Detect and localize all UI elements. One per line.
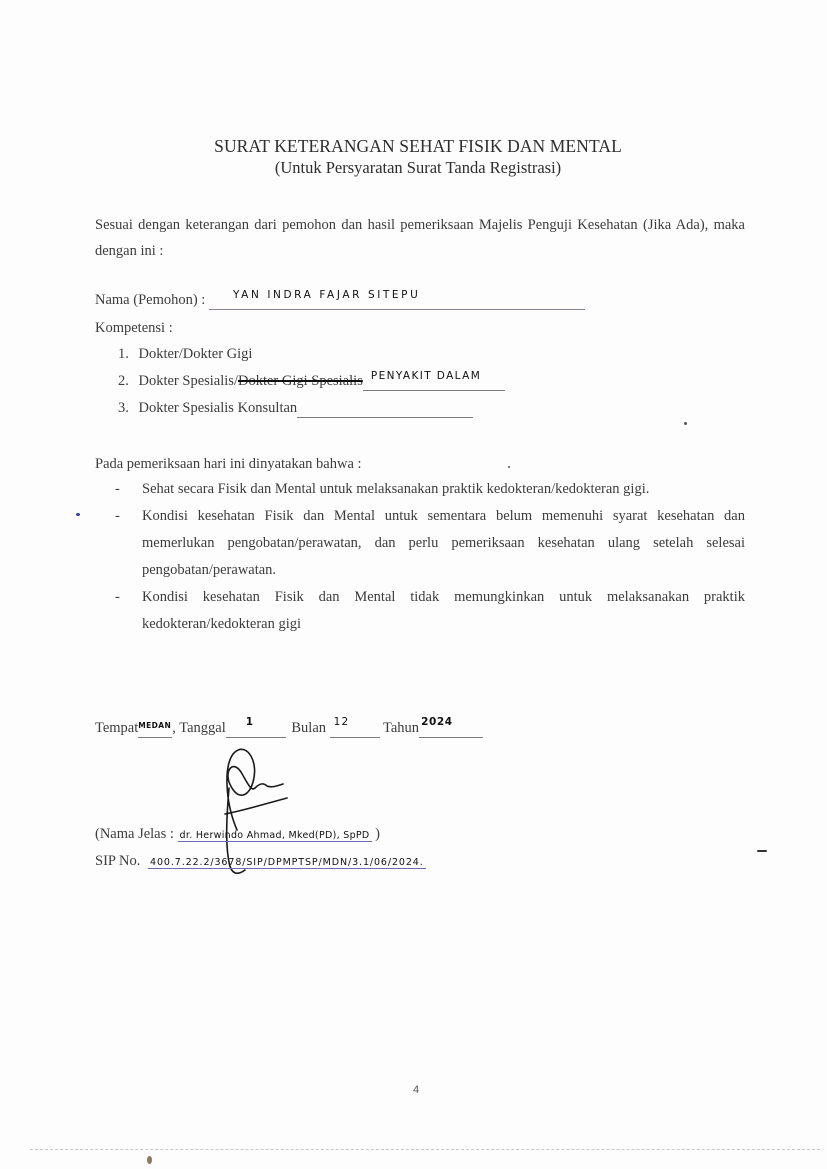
year-value: 2024: [421, 716, 453, 728]
applicant-value: YAN INDRA FAJAR SITEPU: [233, 289, 420, 301]
day-label: , Tanggal: [172, 720, 225, 736]
bottom-rule: [30, 1149, 820, 1150]
signatory-name-value[interactable]: dr. Herwindo Ahmad, Mked(PD), SpPD: [178, 830, 372, 842]
day-field[interactable]: 1: [226, 720, 286, 738]
competence-number: 1.: [118, 346, 129, 362]
year-label: Tahun: [383, 720, 419, 736]
competence-number: 2.: [118, 373, 129, 389]
intro-paragraph: Sesuai dengan keterangan dari pemohon da…: [95, 212, 745, 264]
page-number: 4: [413, 1084, 419, 1096]
day-value: 1: [246, 716, 255, 728]
scan-speck: [147, 1156, 152, 1164]
document-subtitle: (Untuk Persyaratan Surat Tanda Registras…: [0, 158, 827, 178]
place-date-row: TempatMEDAN , Tanggal1 Bulan 12 Tahun202…: [95, 720, 483, 738]
competence-label: Kompetensi :: [95, 320, 173, 337]
month-field[interactable]: 12: [330, 720, 380, 738]
finding-item: - Kondisi kesehatan Fisik dan Mental unt…: [115, 503, 745, 584]
scan-speck: [508, 466, 510, 468]
month-label: Bulan: [291, 720, 326, 736]
competence-number: 3.: [118, 400, 129, 416]
scan-speck: [757, 850, 767, 852]
signatory-name-label: (Nama Jelas :: [95, 826, 174, 842]
place-field[interactable]: MEDAN: [138, 720, 172, 738]
finding-text: Kondisi kesehatan Fisik dan Mental tidak…: [142, 589, 745, 632]
scan-speck: [684, 422, 687, 425]
place-value: MEDAN: [138, 721, 171, 730]
applicant-label: Nama (Pemohon) :: [95, 292, 205, 308]
competence-item: 1. Dokter/Dokter Gigi: [118, 346, 252, 363]
bullet-dash: -: [115, 476, 120, 503]
competence-item: 2. Dokter Spesialis/Dokter Gigi Spesiali…: [118, 373, 505, 391]
bullet-dash: -: [115, 503, 120, 530]
document-title: SURAT KETERANGAN SEHAT FISIK DAN MENTAL: [0, 136, 827, 157]
finding-item: - Sehat secara Fisik dan Mental untuk me…: [115, 476, 745, 503]
competence-text: Dokter/Dokter Gigi: [139, 346, 253, 362]
finding-item: - Kondisi kesehatan Fisik dan Mental tid…: [115, 584, 745, 638]
month-value: 12: [334, 716, 350, 728]
findings-list: - Sehat secara Fisik dan Mental untuk me…: [115, 476, 745, 638]
finding-text: Sehat secara Fisik dan Mental untuk mela…: [142, 481, 649, 497]
sip-row: SIP No. 400.7.22.2/3678/SIP/DPMPTSP/MDN/…: [95, 853, 426, 870]
consultant-field[interactable]: [297, 400, 473, 418]
document-page: SURAT KETERANGAN SEHAT FISIK DAN MENTAL …: [0, 0, 827, 1169]
year-field[interactable]: 2024: [419, 720, 483, 738]
signatory-name-close: ): [375, 826, 380, 842]
applicant-field[interactable]: YAN INDRA FAJAR SITEPU: [209, 292, 585, 310]
competence-item: 3. Dokter Spesialis Konsultan: [118, 400, 473, 418]
findings-label: Pada pemeriksaan hari ini dinyatakan bah…: [95, 456, 362, 473]
place-label: Tempat: [95, 720, 138, 736]
competence-struck-text: Dokter Gigi Spesialis: [238, 373, 363, 389]
specialty-value: PENYAKIT DALAM: [371, 370, 481, 382]
signatory-name-row: (Nama Jelas : dr. Herwindo Ahmad, Mked(P…: [95, 826, 380, 843]
competence-text: Dokter Spesialis/: [139, 373, 238, 389]
sip-value[interactable]: 400.7.22.2/3678/SIP/DPMPTSP/MDN/3.1/06/2…: [148, 857, 426, 869]
scan-speck: [76, 513, 80, 516]
applicant-row: Nama (Pemohon) : YAN INDRA FAJAR SITEPU: [95, 292, 585, 310]
bullet-dash: -: [115, 584, 120, 611]
finding-text: Kondisi kesehatan Fisik dan Mental untuk…: [142, 508, 745, 578]
competence-text: Dokter Spesialis Konsultan: [139, 400, 298, 416]
specialty-field[interactable]: PENYAKIT DALAM: [363, 373, 505, 391]
sip-label: SIP No.: [95, 853, 140, 869]
